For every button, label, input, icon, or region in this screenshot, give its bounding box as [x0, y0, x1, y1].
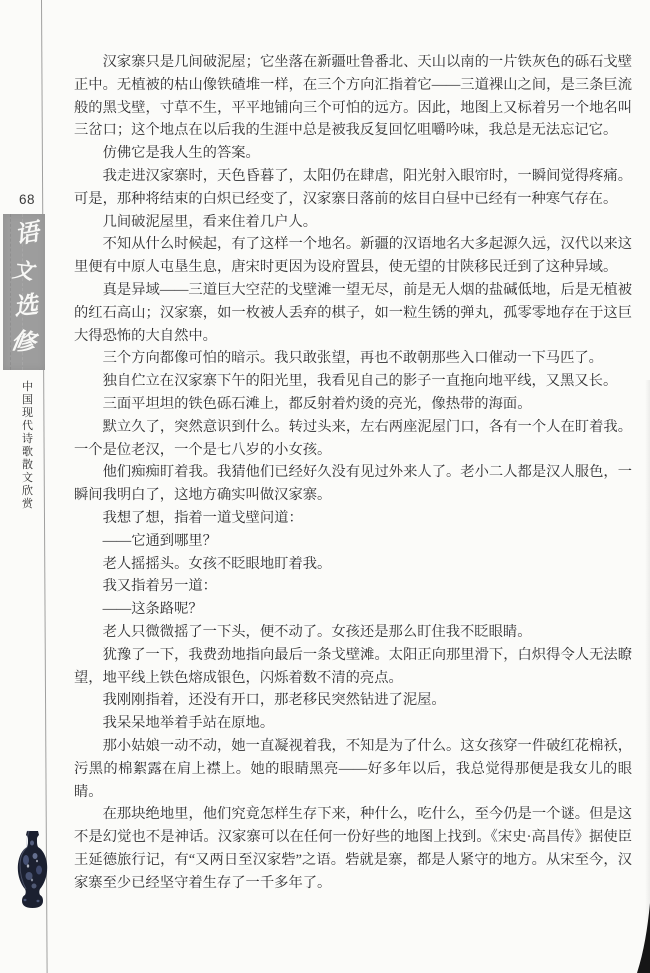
spine-label-box: 语文选修	[3, 214, 45, 370]
page-number: 68	[14, 192, 40, 207]
spine-label-char: 文	[0, 250, 46, 291]
series-title-char: 欣	[20, 485, 35, 498]
margin-rule	[41, 0, 48, 973]
book-page: 68 语文选修 中国现代诗歌散文欣赏 汉家寨只是几间破泥屋；它坐落在新疆吐鲁番北…	[0, 0, 650, 973]
series-title-char: 国	[20, 394, 35, 407]
paragraph: 我又指着另一道：	[74, 575, 632, 598]
paragraph: 几间破泥屋里，看来住着几户人。	[74, 211, 632, 234]
spine-label: 语文选修	[3, 217, 45, 361]
paragraph: 默立久了，突然意识到什么。转过头来，左右两座泥屋门口，各有一个人在盯着我。一个是…	[74, 416, 632, 462]
paragraph: 真是异域——三道巨大空茫的戈壁滩一望无尽，前是无人烟的盐碱低地，后是无植被的红石…	[74, 279, 632, 347]
series-title-char: 现	[20, 407, 35, 420]
paragraph: 我刚刚指着，还没有开口，那老移民突然钻进了泥屋。	[74, 689, 632, 712]
porcelain-vase-icon	[16, 830, 49, 910]
spine-label-char: 修	[0, 322, 47, 364]
page-curl-shadow	[634, 901, 650, 973]
paragraph: 汉家寨只是几间破泥屋；它坐落在新疆吐鲁番北、天山以南的一片铁灰色的砾石戈壁正中。…	[74, 51, 632, 142]
paragraph: 犹豫了一下，我费劲地指向最后一条戈壁滩。太阳正向那里滑下，白炽得令人无法瞭望，地…	[74, 644, 632, 690]
paragraph: 在那块绝地里，他们究竟怎样生存下来，种什么，吃什么，至今仍是一个谜。但是这不是幻…	[74, 803, 632, 894]
article-text: 汉家寨只是几间破泥屋；它坐落在新疆吐鲁番北、天山以南的一片铁灰色的砾石戈壁正中。…	[74, 51, 632, 894]
series-title-char: 文	[20, 472, 35, 485]
paragraph: 老人摇摇头。女孩不眨眼地盯着我。	[74, 553, 632, 576]
series-title-char: 诗	[20, 433, 35, 446]
paragraph: 我呆呆地举着手站在原地。	[74, 712, 632, 735]
paragraph: 仿佛它是我人生的答案。	[74, 142, 632, 165]
page-edge-shading	[645, 380, 650, 973]
spine-label-char: 语	[3, 213, 51, 256]
paragraph: 不知从什么时候起，有了这样一个地名。新疆的汉语地名大多起源久远，汉代以来这里便有…	[74, 233, 632, 279]
series-title-char: 赏	[20, 498, 35, 511]
paragraph: 我走进汉家寨时，天色昏暮了，太阳仍在肆虐，阳光射入眼帘时，一瞬间觉得疼痛。可是，…	[74, 165, 632, 211]
paragraph: 那小姑娘一动不动，她一直凝视着我，不知是为了什么。这女孩穿一件破红花棉袄，污黑的…	[74, 735, 632, 803]
paragraph: 他们痴痴盯着我。我猜他们已经好久没有见过外来人了。老小二人都是汉人服色，一瞬间我…	[74, 461, 632, 507]
paragraph: ——这条路呢？	[74, 598, 632, 621]
paragraph: 独自伫立在汉家寨下午的阳光里，我看见自己的影子一直拖向地平线，又黑又长。	[74, 370, 632, 393]
paragraph: 我想了想，指着一道戈壁问道：	[74, 507, 632, 530]
series-title-char: 中	[20, 381, 35, 394]
paragraph: 老人只微微摇了一下头，便不动了。女孩还是那么盯住我不眨眼睛。	[74, 621, 632, 644]
paragraph: 三面平坦坦的铁色砾石滩上，都反射着灼烫的亮光，像热带的海面。	[74, 393, 632, 416]
series-title-char: 歌	[20, 446, 35, 459]
spine-label-char: 选	[3, 286, 49, 327]
series-title-char: 散	[20, 459, 35, 472]
paragraph: ——它通到哪里？	[74, 530, 632, 553]
series-title: 中国现代诗歌散文欣赏	[20, 381, 35, 511]
series-title-char: 代	[20, 420, 35, 433]
paragraph: 三个方向都像可怕的暗示。我只敢张望，再也不敢朝那些入口催动一下马匹了。	[74, 347, 632, 370]
